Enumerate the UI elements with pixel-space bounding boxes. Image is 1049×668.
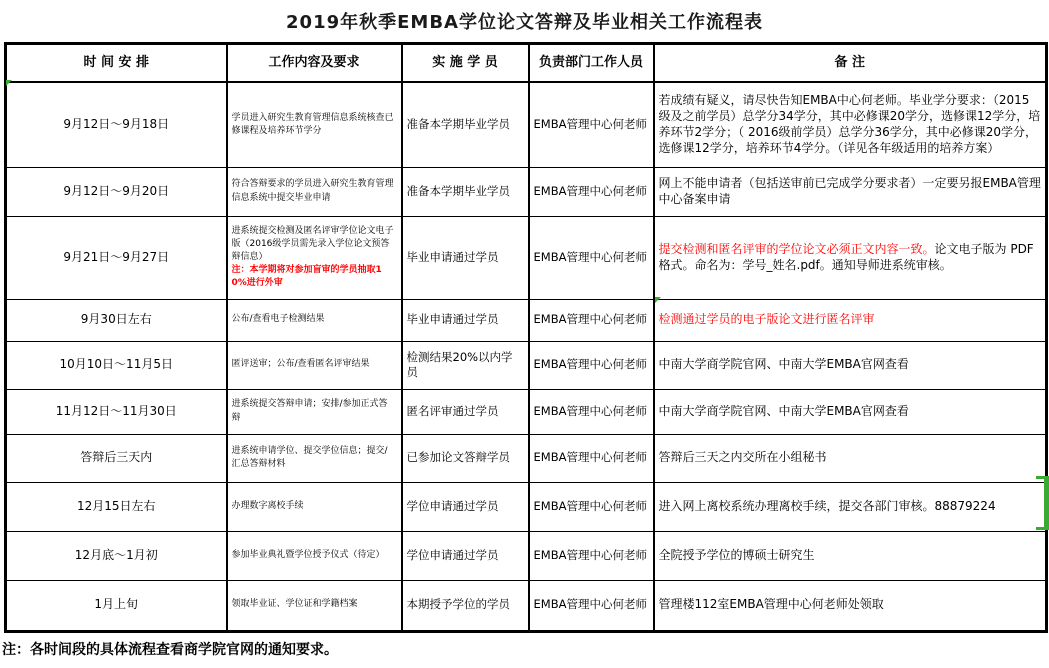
cell-staff[interactable]: EMBA管理中心何老师: [529, 580, 654, 631]
cell-content[interactable]: 参加毕业典礼暨学位授予仪式（待定）: [227, 531, 402, 580]
cell-students[interactable]: 毕业申请通过学员: [402, 299, 529, 341]
cell-remark[interactable]: 中南大学商学院官网、中南大学EMBA官网查看: [654, 389, 1047, 434]
content-text: 进系统提交检测及匿名评审学位论文电子版（2016级学员需先录入学位论文预答辩信息…: [232, 226, 394, 262]
cell-time[interactable]: 12月底～1月初: [6, 531, 227, 580]
content-text: 进系统提交答辩申请；安排/参加正式答辩: [232, 399, 388, 422]
cell-students[interactable]: 毕业申请通过学员: [402, 216, 529, 299]
cell-time[interactable]: 1月上旬: [6, 580, 227, 631]
cell-students[interactable]: 学位申请通过学员: [402, 482, 529, 531]
cell-staff[interactable]: EMBA管理中心何老师: [529, 389, 654, 434]
cell-time[interactable]: 12月15日左右: [6, 482, 227, 531]
table-row: 答辩后三天内进系统申请学位、提交学位信息；提交/汇总答辩材料已参加论文答辩学员E…: [6, 434, 1047, 482]
cell-time[interactable]: 10月10日～11月5日: [6, 341, 227, 389]
cell-staff[interactable]: EMBA管理中心何老师: [529, 482, 654, 531]
remark-text: 答辩后三天之内交所在小组秘书: [659, 450, 827, 464]
header-cell-2[interactable]: 实 施 学 员: [402, 44, 529, 83]
cell-content[interactable]: 符合答辩要求的学员进入研究生教育管理信息系统中提交毕业申请: [227, 167, 402, 216]
content-text: 公布/查看电子检测结果: [232, 314, 325, 324]
content-text: 参加毕业典礼暨学位授予仪式（待定）: [232, 550, 385, 560]
header-row: 时 间 安 排工作内容及要求实 施 学 员负责部门工作人员备 注: [6, 44, 1047, 83]
cell-remark[interactable]: 检测通过学员的电子版论文进行匿名评审: [654, 299, 1047, 341]
remark-text: 管理楼112室EMBA管理中心何老师处领取: [659, 597, 884, 611]
header-cell-4[interactable]: 备 注: [654, 44, 1047, 83]
table-row: 9月12日～9月18日学员进入研究生教育管理信息系统核查已修课程及培养环节学分准…: [6, 82, 1047, 167]
remark-text: 全院授予学位的博硕士研究生: [659, 548, 815, 562]
cell-staff[interactable]: EMBA管理中心何老师: [529, 299, 654, 341]
cell-time[interactable]: 9月12日～9月20日: [6, 167, 227, 216]
cell-students[interactable]: 准备本学期毕业学员: [402, 167, 529, 216]
cell-remark[interactable]: 网上不能申请者（包括送审前已完成学分要求者）一定要另报EMBA管理中心备案申请: [654, 167, 1047, 216]
header-cell-1[interactable]: 工作内容及要求: [227, 44, 402, 83]
cell-remark[interactable]: 管理楼112室EMBA管理中心何老师处领取: [654, 580, 1047, 631]
cell-time[interactable]: 9月12日～9月18日: [6, 82, 227, 167]
cell-students[interactable]: 检测结果20%以内学员: [402, 341, 529, 389]
remark-text: 中南大学商学院官网、中南大学EMBA官网查看: [659, 357, 909, 371]
cell-remark[interactable]: 全院授予学位的博硕士研究生: [654, 531, 1047, 580]
cell-staff[interactable]: EMBA管理中心何老师: [529, 167, 654, 216]
cell-students[interactable]: 本期授予学位的学员: [402, 580, 529, 631]
content-text: 学员进入研究生教育管理信息系统核查已修课程及培养环节学分: [232, 113, 394, 136]
cell-content[interactable]: 办理数字离校手续: [227, 482, 402, 531]
table-row: 10月10日～11月5日匿评送审；公布/查看匿名评审结果检测结果20%以内学员E…: [6, 341, 1047, 389]
cell-staff[interactable]: EMBA管理中心何老师: [529, 341, 654, 389]
selection-bracket: [1036, 476, 1049, 530]
cell-staff[interactable]: EMBA管理中心何老师: [529, 82, 654, 167]
page-title: 2019年秋季EMBA学位论文答辩及毕业相关工作流程表: [0, 8, 1049, 34]
cell-students[interactable]: 准备本学期毕业学员: [402, 82, 529, 167]
cell-content[interactable]: 进系统提交检测及匿名评审学位论文电子版（2016级学员需先录入学位论文预答辩信息…: [227, 216, 402, 299]
remark-text: 网上不能申请者（包括送审前已完成学分要求者）一定要另报EMBA管理中心备案申请: [659, 176, 1041, 206]
remark-text: 中南大学商学院官网、中南大学EMBA官网查看: [659, 404, 909, 418]
header-cell-3[interactable]: 负责部门工作人员: [529, 44, 654, 83]
page: 2019年秋季EMBA学位论文答辩及毕业相关工作流程表 时 间 安 排工作内容及…: [0, 0, 1049, 668]
footer-note: 注：各时间段的具体流程查看商学院官网的通知要求。: [2, 639, 338, 659]
table-row: 12月15日左右办理数字离校手续学位申请通过学员EMBA管理中心何老师进入网上离…: [6, 482, 1047, 531]
table-row: 9月21日～9月27日进系统提交检测及匿名评审学位论文电子版（2016级学员需先…: [6, 216, 1047, 299]
cell-remark[interactable]: 若成绩有疑义，请尽快告知EMBA中心何老师。毕业学分要求：（2015级及之前学员…: [654, 82, 1047, 167]
table-row: 9月30日左右公布/查看电子检测结果毕业申请通过学员EMBA管理中心何老师检测通…: [6, 299, 1047, 341]
cell-content[interactable]: 学员进入研究生教育管理信息系统核查已修课程及培养环节学分: [227, 82, 402, 167]
cell-remark[interactable]: 中南大学商学院官网、中南大学EMBA官网查看: [654, 341, 1047, 389]
cell-content[interactable]: 领取毕业证、学位证和学籍档案: [227, 580, 402, 631]
content-text: 办理数字离校手续: [232, 501, 304, 511]
table-row: 1月上旬领取毕业证、学位证和学籍档案本期授予学位的学员EMBA管理中心何老师管理…: [6, 580, 1047, 631]
workflow-table: 时 间 安 排工作内容及要求实 施 学 员负责部门工作人员备 注 9月12日～9…: [4, 42, 1048, 633]
cell-staff[interactable]: EMBA管理中心何老师: [529, 216, 654, 299]
cell-remark[interactable]: 答辩后三天之内交所在小组秘书: [654, 434, 1047, 482]
cell-content[interactable]: 进系统申请学位、提交学位信息；提交/汇总答辩材料: [227, 434, 402, 482]
content-text: 符合答辩要求的学员进入研究生教育管理信息系统中提交毕业申请: [232, 179, 394, 202]
cell-indicator-triangle: [6, 80, 12, 86]
cell-content[interactable]: 进系统提交答辩申请；安排/参加正式答辩: [227, 389, 402, 434]
table-row: 11月12日～11月30日进系统提交答辩申请；安排/参加正式答辩匿名评审通过学员…: [6, 389, 1047, 434]
content-red-note: 注：本学期将对参加盲审的学员抽取10%进行外审: [232, 264, 397, 290]
cell-remark[interactable]: 进入网上离校系统办理离校手续，提交各部门审核。88879224: [654, 482, 1047, 531]
remark-text: 若成绩有疑义，请尽快告知EMBA中心何老师。毕业学分要求：（2015级及之前学员…: [659, 93, 1041, 154]
remark-text: 进入网上离校系统办理离校手续，提交各部门审核。88879224: [659, 499, 996, 513]
remark-red-text: 检测通过学员的电子版论文进行匿名评审: [659, 312, 875, 326]
cell-time[interactable]: 9月30日左右: [6, 299, 227, 341]
table-row: 12月底～1月初参加毕业典礼暨学位授予仪式（待定）学位申请通过学员EMBA管理中…: [6, 531, 1047, 580]
remark-red-text: 提交检测和匿名评审的学位论文必须正文内容一致。: [659, 242, 935, 256]
cell-content[interactable]: 公布/查看电子检测结果: [227, 299, 402, 341]
cell-time[interactable]: 11月12日～11月30日: [6, 389, 227, 434]
content-text: 进系统申请学位、提交学位信息；提交/汇总答辩材料: [232, 446, 388, 469]
cell-time[interactable]: 9月21日～9月27日: [6, 216, 227, 299]
cell-students[interactable]: 匿名评审通过学员: [402, 389, 529, 434]
header-cell-0[interactable]: 时 间 安 排: [6, 44, 227, 83]
cell-students[interactable]: 已参加论文答辩学员: [402, 434, 529, 482]
cell-remark[interactable]: 提交检测和匿名评审的学位论文必须正文内容一致。论文电子版为 PDF格式。命名为：…: [654, 216, 1047, 299]
cell-staff[interactable]: EMBA管理中心何老师: [529, 434, 654, 482]
cell-time[interactable]: 答辩后三天内: [6, 434, 227, 482]
cell-students[interactable]: 学位申请通过学员: [402, 531, 529, 580]
cell-indicator-triangle: [655, 297, 661, 303]
content-text: 匿评送审；公布/查看匿名评审结果: [232, 359, 370, 369]
table-row: 9月12日～9月20日符合答辩要求的学员进入研究生教育管理信息系统中提交毕业申请…: [6, 167, 1047, 216]
content-text: 领取毕业证、学位证和学籍档案: [232, 599, 358, 609]
cell-content[interactable]: 匿评送审；公布/查看匿名评审结果: [227, 341, 402, 389]
cell-staff[interactable]: EMBA管理中心何老师: [529, 531, 654, 580]
